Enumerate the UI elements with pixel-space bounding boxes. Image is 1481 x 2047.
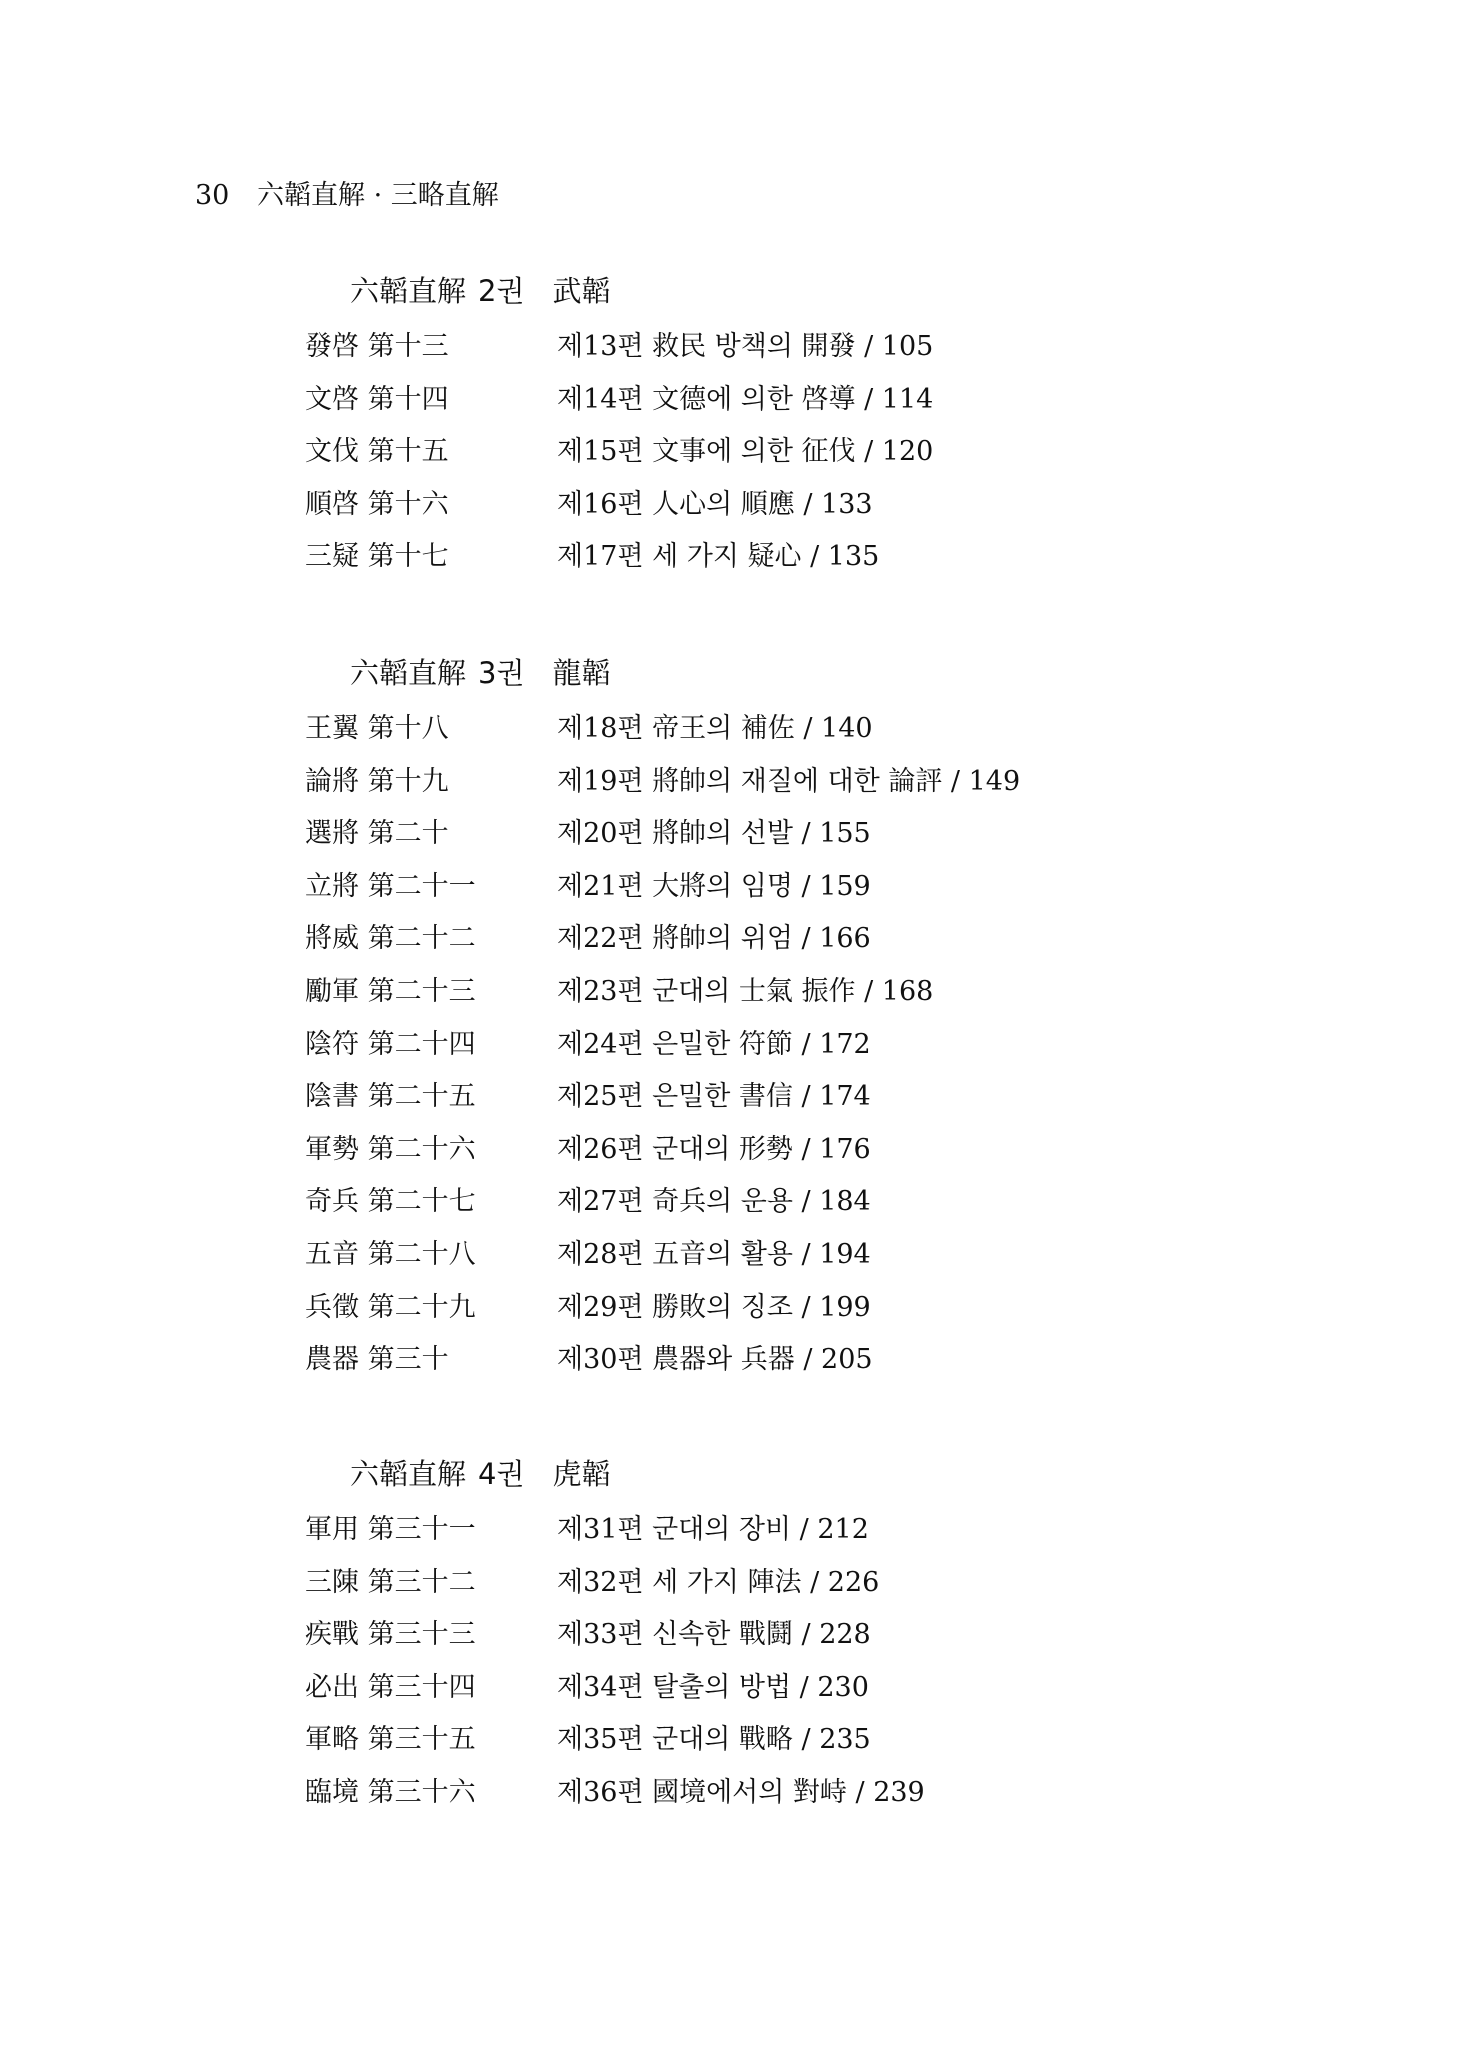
entry-korean-title: 제36편 國境에서의 對峙 / 239 xyxy=(557,1773,925,1813)
entry-korean-title: 제15편 文事에 의한 征伐 / 120 xyxy=(557,432,933,472)
toc-entry: 選將 第二十제20편 將帥의 선발 / 155 xyxy=(0,814,1200,867)
entry-original-title: 奇兵 第二十七 xyxy=(305,1182,476,1222)
entry-korean-title: 제27편 奇兵의 운용 / 184 xyxy=(557,1182,871,1222)
entry-korean-title: 제19편 將帥의 재질에 대한 論評 / 149 xyxy=(557,762,1020,802)
entry-original-title: 軍勢 第二十六 xyxy=(305,1130,476,1170)
entry-korean-title: 제30편 農器와 兵器 / 205 xyxy=(557,1340,873,1380)
entry-original-title: 將威 第二十二 xyxy=(305,919,476,959)
toc-entry: 文啓 第十四제14편 文德에 의한 啓導 / 114 xyxy=(0,380,1200,433)
entry-korean-title: 제14편 文德에 의한 啓導 / 114 xyxy=(557,380,933,420)
section-title: 六韜直解3권龍韜 xyxy=(350,653,611,693)
toc-entry: 三疑 第十七제17편 세 가지 疑心 / 135 xyxy=(0,537,1200,590)
section-volume: 2권 xyxy=(478,274,524,308)
section-title: 六韜直解2권武韜 xyxy=(350,271,611,311)
section-book: 六韜直解 xyxy=(350,1457,466,1491)
entry-original-title: 文啓 第十四 xyxy=(305,380,449,420)
entry-original-title: 文伐 第十五 xyxy=(305,432,449,472)
entry-korean-title: 제34편 탈출의 방법 / 230 xyxy=(557,1668,869,1708)
entry-korean-title: 제26편 군대의 形勢 / 176 xyxy=(557,1130,871,1170)
section-name: 龍韜 xyxy=(552,656,610,690)
entry-original-title: 立將 第二十一 xyxy=(305,867,476,907)
entry-original-title: 陰書 第二十五 xyxy=(305,1077,476,1117)
toc-entry: 疾戰 第三十三제33편 신속한 戰鬪 / 228 xyxy=(0,1615,1200,1668)
entry-original-title: 論將 第十九 xyxy=(305,762,449,802)
running-head-title: 六韜直解 · 三略直解 xyxy=(257,180,499,211)
entry-original-title: 軍用 第三十一 xyxy=(305,1510,476,1550)
entry-korean-title: 제21편 大將의 임명 / 159 xyxy=(557,867,871,907)
toc-entry: 軍略 第三十五제35편 군대의 戰略 / 235 xyxy=(0,1720,1200,1773)
entry-original-title: 兵徵 第二十九 xyxy=(305,1288,476,1328)
toc-entry: 軍勢 第二十六제26편 군대의 形勢 / 176 xyxy=(0,1130,1200,1183)
entry-korean-title: 제13편 救民 방책의 開發 / 105 xyxy=(557,327,933,367)
toc-entry: 將威 第二十二제22편 將帥의 위엄 / 166 xyxy=(0,919,1200,972)
toc-entry: 發啓 第十三제13편 救民 방책의 開發 / 105 xyxy=(0,327,1200,380)
section-book: 六韜直解 xyxy=(350,274,466,308)
entry-korean-title: 제33편 신속한 戰鬪 / 228 xyxy=(557,1615,871,1655)
section-book: 六韜直解 xyxy=(350,656,466,690)
entry-original-title: 順啓 第十六 xyxy=(305,485,449,525)
entry-korean-title: 제24편 은밀한 符節 / 172 xyxy=(557,1025,871,1065)
entry-original-title: 發啓 第十三 xyxy=(305,327,449,367)
entry-korean-title: 제31편 군대의 장비 / 212 xyxy=(557,1510,869,1550)
toc-entry: 臨境 第三十六제36편 國境에서의 對峙 / 239 xyxy=(0,1773,1200,1826)
toc-entry: 三陳 第三十二제32편 세 가지 陣法 / 226 xyxy=(0,1563,1200,1616)
entry-korean-title: 제32편 세 가지 陣法 / 226 xyxy=(557,1563,879,1603)
entry-korean-title: 제23편 군대의 士氣 振作 / 168 xyxy=(557,972,933,1012)
entry-korean-title: 제25편 은밀한 書信 / 174 xyxy=(557,1077,871,1117)
entry-original-title: 農器 第三十 xyxy=(305,1340,449,1380)
toc-entry: 順啓 第十六제16편 人心의 順應 / 133 xyxy=(0,485,1200,538)
toc-entry: 陰符 第二十四제24편 은밀한 符節 / 172 xyxy=(0,1025,1200,1078)
toc-entry-list: 王翼 第十八제18편 帝王의 補佐 / 140 論將 第十九제19편 將帥의 재… xyxy=(0,709,1200,1393)
toc-entry: 王翼 第十八제18편 帝王의 補佐 / 140 xyxy=(0,709,1200,762)
toc-entry: 陰書 第二十五제25편 은밀한 書信 / 174 xyxy=(0,1077,1200,1130)
section-name: 虎韜 xyxy=(552,1457,610,1491)
entry-korean-title: 제28편 五音의 활용 / 194 xyxy=(557,1235,871,1275)
toc-entry-list: 軍用 第三十一제31편 군대의 장비 / 212 三陳 第三十二제32편 세 가… xyxy=(0,1510,1200,1826)
toc-entry: 奇兵 第二十七제27편 奇兵의 운용 / 184 xyxy=(0,1182,1200,1235)
section-volume: 3권 xyxy=(478,656,524,690)
toc-entry-list: 發啓 第十三제13편 救民 방책의 開發 / 105 文啓 第十四제14편 文德… xyxy=(0,327,1200,590)
section-volume: 4권 xyxy=(478,1457,524,1491)
section-name: 武韜 xyxy=(552,274,610,308)
entry-korean-title: 제20편 將帥의 선발 / 155 xyxy=(557,814,871,854)
toc-entry: 文伐 第十五제15편 文事에 의한 征伐 / 120 xyxy=(0,432,1200,485)
entry-korean-title: 제22편 將帥의 위엄 / 166 xyxy=(557,919,871,959)
toc-entry: 立將 第二十一제21편 大將의 임명 / 159 xyxy=(0,867,1200,920)
entry-korean-title: 제29편 勝敗의 징조 / 199 xyxy=(557,1288,871,1328)
entry-original-title: 必出 第三十四 xyxy=(305,1668,476,1708)
entry-original-title: 選將 第二十 xyxy=(305,814,449,854)
toc-entry: 五音 第二十八제28편 五音의 활용 / 194 xyxy=(0,1235,1200,1288)
entry-original-title: 三陳 第三十二 xyxy=(305,1563,476,1603)
toc-entry: 必出 第三十四제34편 탈출의 방법 / 230 xyxy=(0,1668,1200,1721)
page-number: 30 xyxy=(195,176,257,216)
entry-korean-title: 제17편 세 가지 疑心 / 135 xyxy=(557,537,879,577)
entry-korean-title: 제16편 人心의 順應 / 133 xyxy=(557,485,873,525)
toc-entry: 軍用 第三十一제31편 군대의 장비 / 212 xyxy=(0,1510,1200,1563)
entry-original-title: 軍略 第三十五 xyxy=(305,1720,476,1760)
entry-original-title: 陰符 第二十四 xyxy=(305,1025,476,1065)
toc-entry: 論將 第十九제19편 將帥의 재질에 대한 論評 / 149 xyxy=(0,762,1200,815)
entry-original-title: 臨境 第三十六 xyxy=(305,1773,476,1813)
entry-korean-title: 제35편 군대의 戰略 / 235 xyxy=(557,1720,871,1760)
entry-original-title: 王翼 第十八 xyxy=(305,709,449,749)
entry-original-title: 勵軍 第二十三 xyxy=(305,972,476,1012)
toc-entry: 勵軍 第二十三제23편 군대의 士氣 振作 / 168 xyxy=(0,972,1200,1025)
toc-entry: 兵徵 第二十九제29편 勝敗의 징조 / 199 xyxy=(0,1288,1200,1341)
running-head: 30六韜直解 · 三略直解 xyxy=(195,176,499,216)
entry-original-title: 三疑 第十七 xyxy=(305,537,449,577)
toc-entry: 農器 第三十제30편 農器와 兵器 / 205 xyxy=(0,1340,1200,1393)
section-title: 六韜直解4권虎韜 xyxy=(350,1454,611,1494)
entry-original-title: 疾戰 第三十三 xyxy=(305,1615,476,1655)
entry-korean-title: 제18편 帝王의 補佐 / 140 xyxy=(557,709,873,749)
entry-original-title: 五音 第二十八 xyxy=(305,1235,476,1275)
